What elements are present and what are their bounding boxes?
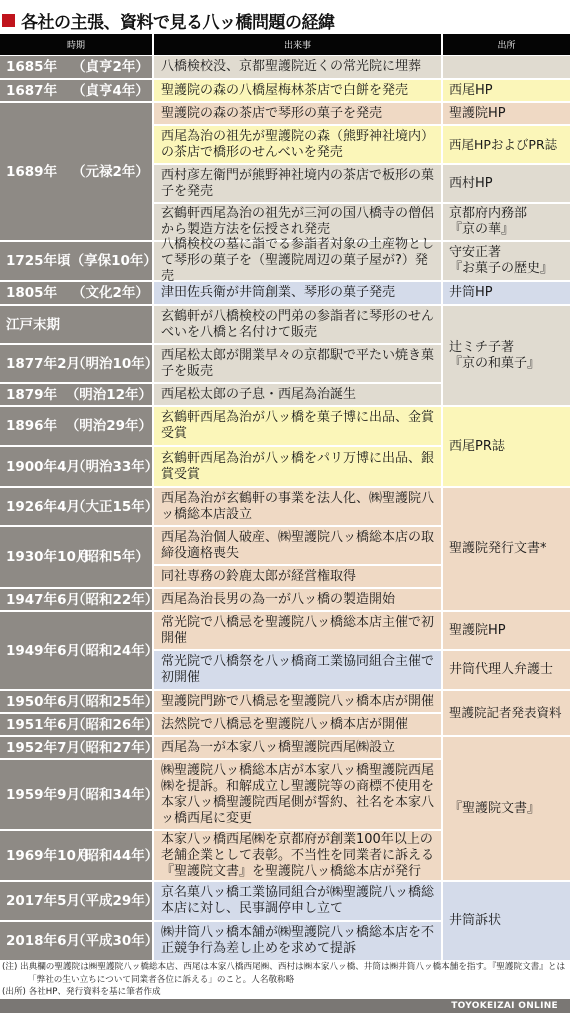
red-square-icon xyxy=(2,14,15,27)
event-cell: 西尾為治が玄鶴軒の事業を法人化、㈱聖護院八ッ橋総本店設立 xyxy=(154,488,441,525)
period-cell: 1689年（元禄2年） xyxy=(0,103,152,240)
period-cell: 1947年6月（昭和22年） xyxy=(0,589,152,610)
period-cell: 1687年（貞亨4年） xyxy=(0,80,152,101)
event-cell: 法然院で八橋忌を聖護院八ッ橋本店が開催 xyxy=(154,714,441,735)
period-cell: 1879年（明治12年） xyxy=(0,384,152,405)
note-text: (注) 出典欄の聖護院は㈱聖護院八ッ橋総本店、西尾は本家八橋西尾㈱、西村は㈱本家… xyxy=(2,961,568,986)
brand-label: TOYOKEIZAI ONLINE xyxy=(451,1001,558,1011)
event-cell: 西尾為治の祖先が聖護院の森（熊野神社境内）の茶店で橋形のせんべいを発売 xyxy=(154,126,441,163)
title-text: 各社の主張、資料で見る八ッ橋問題の経緯 xyxy=(21,8,335,33)
event-cell: 玄鶴軒が八橋検校の門弟の参詣者に琴形のせんべいを八橋と名付けて販売 xyxy=(154,306,441,343)
event-cell: 玄鶴軒西尾為治が八ッ橋を菓子博に出品、金賞受賞 xyxy=(154,407,441,445)
period-cell: 1900年4月（明治33年） xyxy=(0,447,152,486)
period-cell: 1949年6月（昭和24年） xyxy=(0,612,152,689)
period-cell: 1725年頃（享保10年） xyxy=(0,242,152,280)
event-cell: ㈱井筒八ッ橋本舗が㈱聖護院八ッ橋総本店を不正競争行為差し止めを求めて提訴 xyxy=(154,922,441,960)
event-cell: 西尾為治長男の為一が八ッ橋の製造開始 xyxy=(154,589,441,610)
event-cell: 八橋検校の墓に詣でる参詣者対象の土産物として琴形の菓子を（聖護院周辺の菓子屋が?… xyxy=(154,242,441,280)
event-cell: 津田佐兵衛が井筒創業、琴形の菓子発売 xyxy=(154,282,441,304)
event-cell: 本家八ッ橋西尾㈱を京都府が創業100年以上の老舗企業として表彰。不当性を同業者に… xyxy=(154,831,441,880)
header-source: 出所 xyxy=(443,34,570,55)
period-cell: 1950年6月（昭和25年） xyxy=(0,691,152,712)
source-cell: 京都府内務部『京の華』 xyxy=(443,204,570,240)
period-cell: 1877年2月（明治10年） xyxy=(0,345,152,382)
source-cell: 聖護院HP xyxy=(443,612,570,649)
event-cell: 聖護院の森の八橋屋梅林茶店で白餅を発売 xyxy=(154,80,441,101)
source-cell: 聖護院発行文書* xyxy=(443,488,570,610)
header-when: 時期 xyxy=(0,34,152,55)
period-cell: 2017年5月（平成29年） xyxy=(0,882,152,920)
period-cell: 1805年（文化2年） xyxy=(0,282,152,304)
source-cell: 『聖護院文書』 xyxy=(443,737,570,880)
event-cell: ㈱聖護院八ッ橋総本店が本家八ッ橋聖護院西尾㈱を提訴。和解成立し聖護院等の商標不使… xyxy=(154,760,441,829)
source-cell: 西尾PR誌 xyxy=(443,407,570,486)
period-cell: 江戸末期 xyxy=(0,306,152,343)
event-cell: 同社専務の鈴鹿太郎が経営権取得 xyxy=(154,566,441,587)
event-cell: 聖護院の森の茶店で琴形の菓子を発売 xyxy=(154,103,441,124)
period-cell: 1951年6月（昭和26年） xyxy=(0,714,152,735)
period-cell: 1969年10月（昭和44年） xyxy=(0,831,152,880)
source-cell: 聖護院HP xyxy=(443,103,570,124)
event-cell: 西尾松太郎が開業早々の京都駅で平たい焼き菓子を販売 xyxy=(154,345,441,382)
period-cell: 1896年（明治29年） xyxy=(0,407,152,445)
source-cell: 聖護院記者発表資料 xyxy=(443,691,570,735)
footnotes: (注) 出典欄の聖護院は㈱聖護院八ッ橋総本店、西尾は本家八橋西尾㈱、西村は㈱本家… xyxy=(2,961,568,999)
source-cell: 井筒代理人弁護士 xyxy=(443,651,570,689)
footer-bar: TOYOKEIZAI ONLINE xyxy=(0,999,570,1013)
source-cell: 西尾HPおよびPR誌 xyxy=(443,126,570,163)
period-cell: 2018年6月（平成30年） xyxy=(0,922,152,960)
header-event: 出来事 xyxy=(154,34,441,55)
source-note-text: (出所) 各社HP、発行資料を基に筆者作成 xyxy=(2,986,568,999)
event-cell: 西尾松太郎の子息・西尾為治誕生 xyxy=(154,384,441,405)
event-cell: 京名菓八ッ橋工業協同組合が㈱聖護院八ッ橋総本店に対し、民事調停申し立て xyxy=(154,882,441,920)
event-cell: 玄鶴軒西尾為治の祖先が三河の国八橋寺の僧侶から製造方法を伝授され発売 xyxy=(154,204,441,240)
event-cell: 西村彦左衛門が熊野神社境内の茶店で板形の菓子を発売 xyxy=(154,165,441,202)
event-cell: 八橋検校没、京都聖護院近くの常光院に埋葬 xyxy=(154,56,441,78)
source-cell: 西尾HP xyxy=(443,80,570,101)
event-cell: 玄鶴軒西尾為治が八ッ橋をパリ万博に出品、銀賞受賞 xyxy=(154,447,441,486)
event-cell: 常光院で八橋祭を八ッ橋商工業協同組合主催で初開催 xyxy=(154,651,441,689)
source-cell: 辻ミチ子著『京の和菓子』 xyxy=(443,306,570,405)
period-cell: 1926年4月（大正15年） xyxy=(0,488,152,525)
source-cell: 井筒訴状 xyxy=(443,882,570,960)
event-cell: 西尾為一が本家八ッ橋聖護院西尾㈱設立 xyxy=(154,737,441,758)
period-cell: 1952年7月（昭和27年） xyxy=(0,737,152,758)
source-cell: 守安正著『お菓子の歴史』 xyxy=(443,242,570,280)
source-cell: 井筒HP xyxy=(443,282,570,304)
period-cell: 1930年10月（昭和5年） xyxy=(0,527,152,587)
source-cell xyxy=(443,56,570,78)
event-cell: 聖護院門跡で八橋忌を聖護院八ッ橋本店が開催 xyxy=(154,691,441,712)
period-cell: 1959年9月（昭和34年） xyxy=(0,760,152,829)
source-cell: 西村HP xyxy=(443,165,570,202)
period-cell: 1685年（貞亨2年） xyxy=(0,56,152,78)
event-cell: 西尾為治個人破産、㈱聖護院八ッ橋総本店の取締役適格喪失 xyxy=(154,527,441,564)
chart-title: 各社の主張、資料で見る八ッ橋問題の経緯 xyxy=(2,9,335,31)
event-cell: 常光院で八橋忌を聖護院八ッ橋総本店主催で初開催 xyxy=(154,612,441,649)
